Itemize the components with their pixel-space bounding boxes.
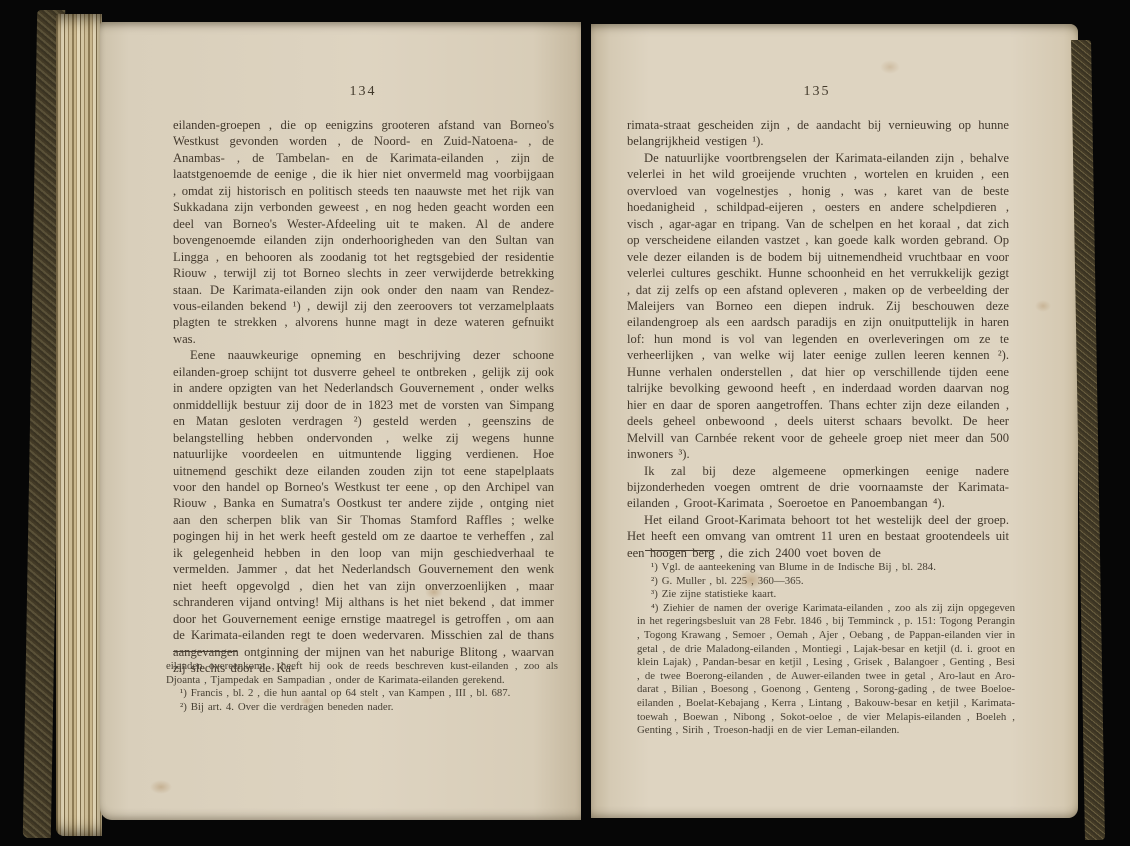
right-footnote-rule (645, 550, 715, 551)
page-edge-stack (56, 14, 102, 836)
left-page-footnotes: eilanden overeenkomt , heeft hij ook de … (166, 660, 558, 714)
paragraph: Ik zal bij deze algemeene opmerkingen ee… (627, 463, 1009, 512)
footnote: ²) G. Muller , bl. 225 , 360—365. (637, 575, 1015, 589)
left-page-body: eilanden-groepen , die op eenigzins groo… (173, 117, 554, 676)
footnote: ³) Zie zijne statistieke kaart. (637, 588, 1015, 602)
footnote: ¹) Francis , bl. 2 , die hun aantal op 6… (166, 687, 558, 701)
paragraph: Het eiland Groot-Karimata behoort tot he… (627, 512, 1009, 561)
footnote: ²) Bij art. 4. Over die verdragen benede… (166, 701, 558, 715)
left-footnote-rule (173, 651, 237, 652)
footnote: ¹) Vgl. de aanteekening van Blume in de … (637, 561, 1015, 575)
right-page-number: 135 (627, 84, 1007, 100)
footnote: ⁴) Ziehier de namen der overige Karimata… (637, 602, 1015, 738)
paragraph: De natuurlijke voortbrengselen der Karim… (627, 150, 1009, 463)
footnote: eilanden overeenkomt , heeft hij ook de … (166, 660, 558, 687)
paragraph: Eene naauwkeurige opneming en beschrijvi… (173, 347, 554, 676)
paragraph: rimata-straat gescheiden zijn , de aanda… (627, 117, 1009, 150)
paragraph: eilanden-groepen , die op eenigzins groo… (173, 117, 554, 347)
book-gutter (574, 20, 596, 822)
left-page-number: 134 (173, 84, 553, 100)
right-page-footnotes: ¹) Vgl. de aanteekening van Blume in de … (637, 561, 1015, 738)
book-scan-scene: 134 eilanden-groepen , die op eenigzins … (0, 0, 1130, 846)
right-page-body: rimata-straat gescheiden zijn , de aanda… (627, 117, 1009, 561)
